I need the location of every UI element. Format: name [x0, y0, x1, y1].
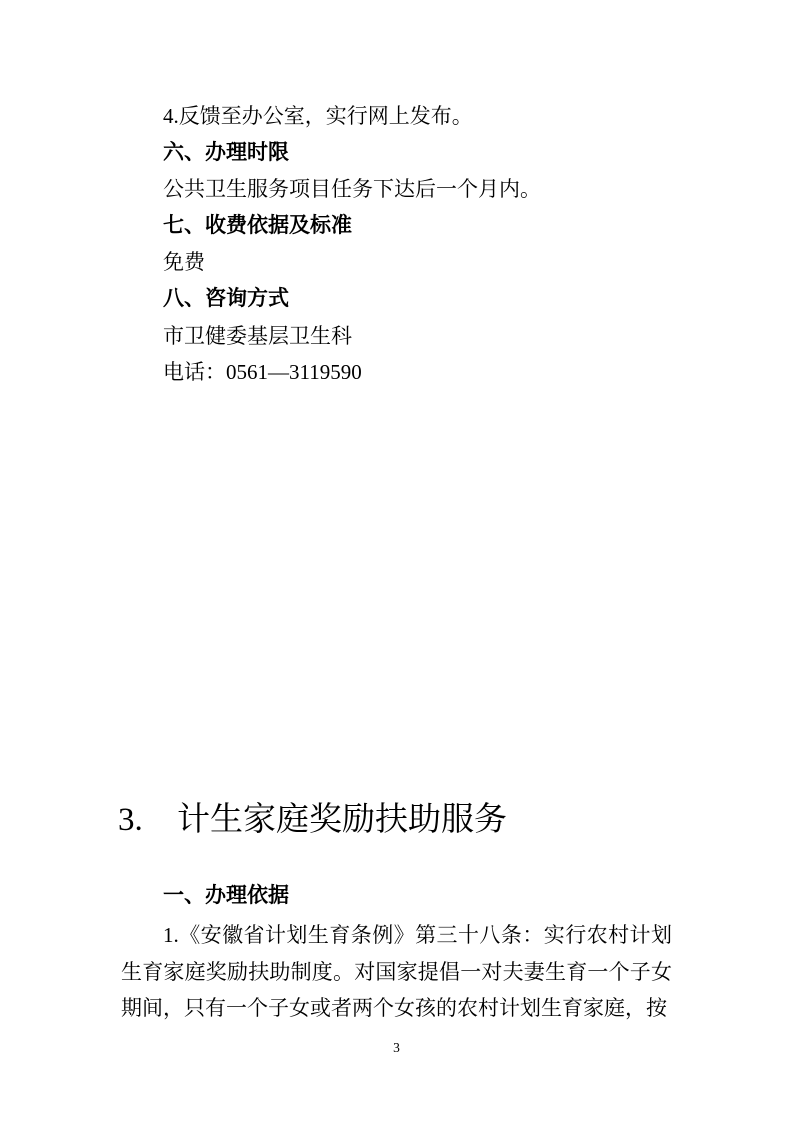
heading-section8-contact-method: 八、咨询方式	[121, 281, 672, 318]
document-page: 4.反馈至办公室，实行网上发布。 六、办理时限 公共卫生服务项目任务下达后一个月…	[0, 0, 793, 1122]
chapter-title-text: 计生家庭奖励扶助服务	[177, 802, 507, 838]
paragraph-feedback: 4.反馈至办公室，实行网上发布。	[121, 98, 672, 135]
page-number: 3	[0, 1039, 793, 1057]
paragraph-section6-body: 公共卫生服务项目任务下达后一个月内。	[121, 171, 672, 208]
top-section: 4.反馈至办公室，实行网上发布。 六、办理时限 公共卫生服务项目任务下达后一个月…	[121, 98, 672, 391]
paragraph-section1-basis: 1.《安徽省计划生育条例》第三十八条：实行农村计划生育家庭奖励扶助制度。对国家提…	[121, 917, 672, 1027]
paragraph-section8-department: 市卫健委基层卫生科	[121, 318, 672, 355]
heading-section7-fee-standard: 七、收费依据及标准	[121, 208, 672, 245]
heading-section1-basis: 一、办理依据	[121, 884, 672, 908]
paragraph-section7-body: 免费	[121, 244, 672, 281]
chapter-number: 3.	[118, 799, 177, 841]
heading-section6-time-limit: 六、办理时限	[121, 135, 672, 172]
paragraph-section8-phone: 电话：0561—3119590	[121, 354, 672, 391]
chapter-title: 3.计生家庭奖励扶助服务	[118, 799, 507, 841]
